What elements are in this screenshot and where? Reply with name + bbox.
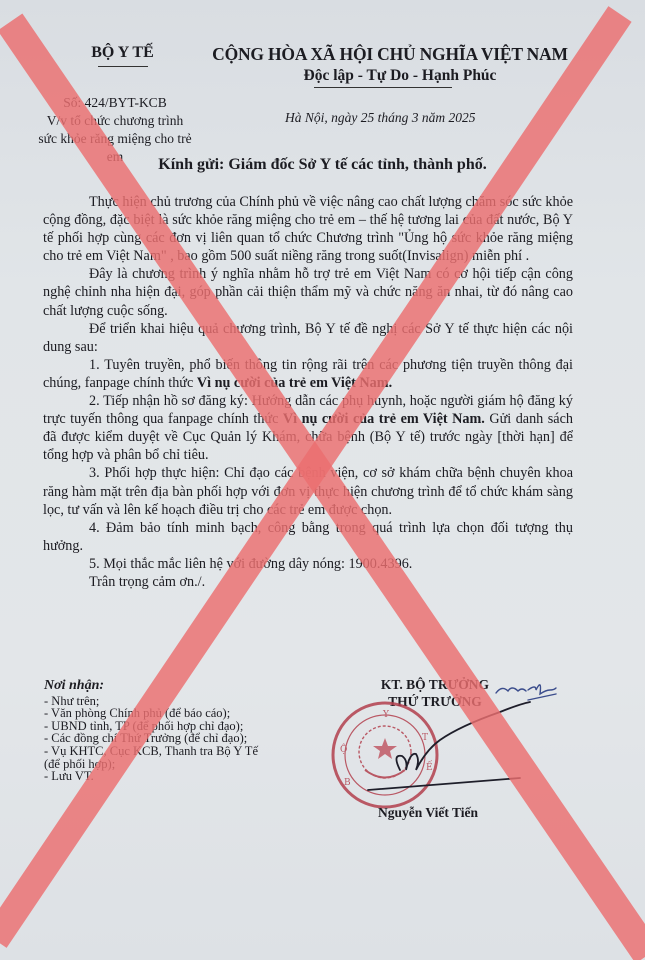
signature-title-line2: THỨ TRƯỞNG: [375, 693, 495, 710]
national-motto: Độc lập - Tự Do - Hạnh Phúc: [205, 67, 595, 85]
document-number: Số: 424/BYT-KCB: [30, 94, 200, 112]
recipients-block: Nơi nhận: - Như trên; - Văn phòng Chính …: [44, 680, 304, 783]
national-title: CỘNG HÒA XÃ HỘI CHỦ NGHĨA VIỆT NAM: [205, 44, 575, 65]
list-item-2: 2. Tiếp nhận hồ sơ đăng ký: Hướng dẫn cá…: [43, 392, 573, 464]
document-page: BỘ Y TẾ CỘNG HÒA XÃ HỘI CHỦ NGHĨA VIỆT N…: [0, 0, 645, 960]
fanpage-name: Vì nụ cười của trẻ em Việt Nam.: [283, 411, 485, 427]
recipient-item: - Lưu VT.: [44, 770, 304, 783]
paragraph-intro: Thực hiện chủ trương của Chính phủ về vi…: [43, 193, 573, 265]
signature-title: KT. BỘ TRƯỞNG THỨ TRƯỞNG: [375, 676, 495, 710]
list-item-5: 5. Mọi thắc mắc liên hệ với đường dây nó…: [43, 555, 573, 573]
fanpage-name: Vì nụ cười của trẻ em Việt Nam.: [197, 375, 392, 391]
salutation: Kính gửi: Giám đốc Sở Y tế các tỉnh, thà…: [0, 156, 645, 174]
recipient-item: - Vụ KHTC, Cục KCB, Thanh tra Bộ Y Tế (đ…: [44, 745, 269, 770]
svg-text:Y: Y: [382, 710, 390, 720]
paragraph-purpose: Đây là chương trình ý nghĩa nhằm hỗ trợ …: [43, 265, 573, 319]
list-item-4: 4. Đảm bảo tính minh bạch, công bằng tro…: [43, 519, 573, 555]
recipients-title: Nơi nhận:: [44, 680, 304, 693]
handwritten-signature-icon: [368, 702, 530, 790]
signature-title-line1: KT. BỘ TRƯỞNG: [375, 676, 495, 693]
issuer-underline: [98, 66, 148, 67]
official-stamp-icon: Y Ộ T Ế B: [333, 703, 437, 807]
issuer-name: BỘ Y TẾ: [40, 44, 205, 62]
motto-underline: [314, 87, 452, 88]
initial-signature-icon: [496, 685, 556, 700]
svg-text:T: T: [422, 733, 428, 743]
document-body: Thực hiện chủ trương của Chính phủ về vi…: [43, 193, 573, 591]
recipient-item: - Văn phòng Chính phủ (để báo cáo);: [44, 707, 304, 720]
closing: Trân trọng cảm ơn./.: [43, 573, 573, 591]
svg-text:Ộ: Ộ: [340, 743, 347, 755]
svg-text:B: B: [344, 778, 351, 788]
svg-text:Ế: Ế: [426, 760, 433, 773]
paragraph-request: Để triển khai hiệu quả chương trình, Bộ …: [43, 320, 573, 356]
place-date: Hà Nội, ngày 25 tháng 3 năm 2025: [285, 110, 476, 126]
signer-name: Nguyễn Viết Tiến: [378, 805, 478, 821]
list-item-1: 1. Tuyên truyền, phổ biến thông tin rộng…: [43, 356, 573, 392]
list-item-3: 3. Phối hợp thực hiện: Chỉ đạo các bệnh …: [43, 464, 573, 518]
